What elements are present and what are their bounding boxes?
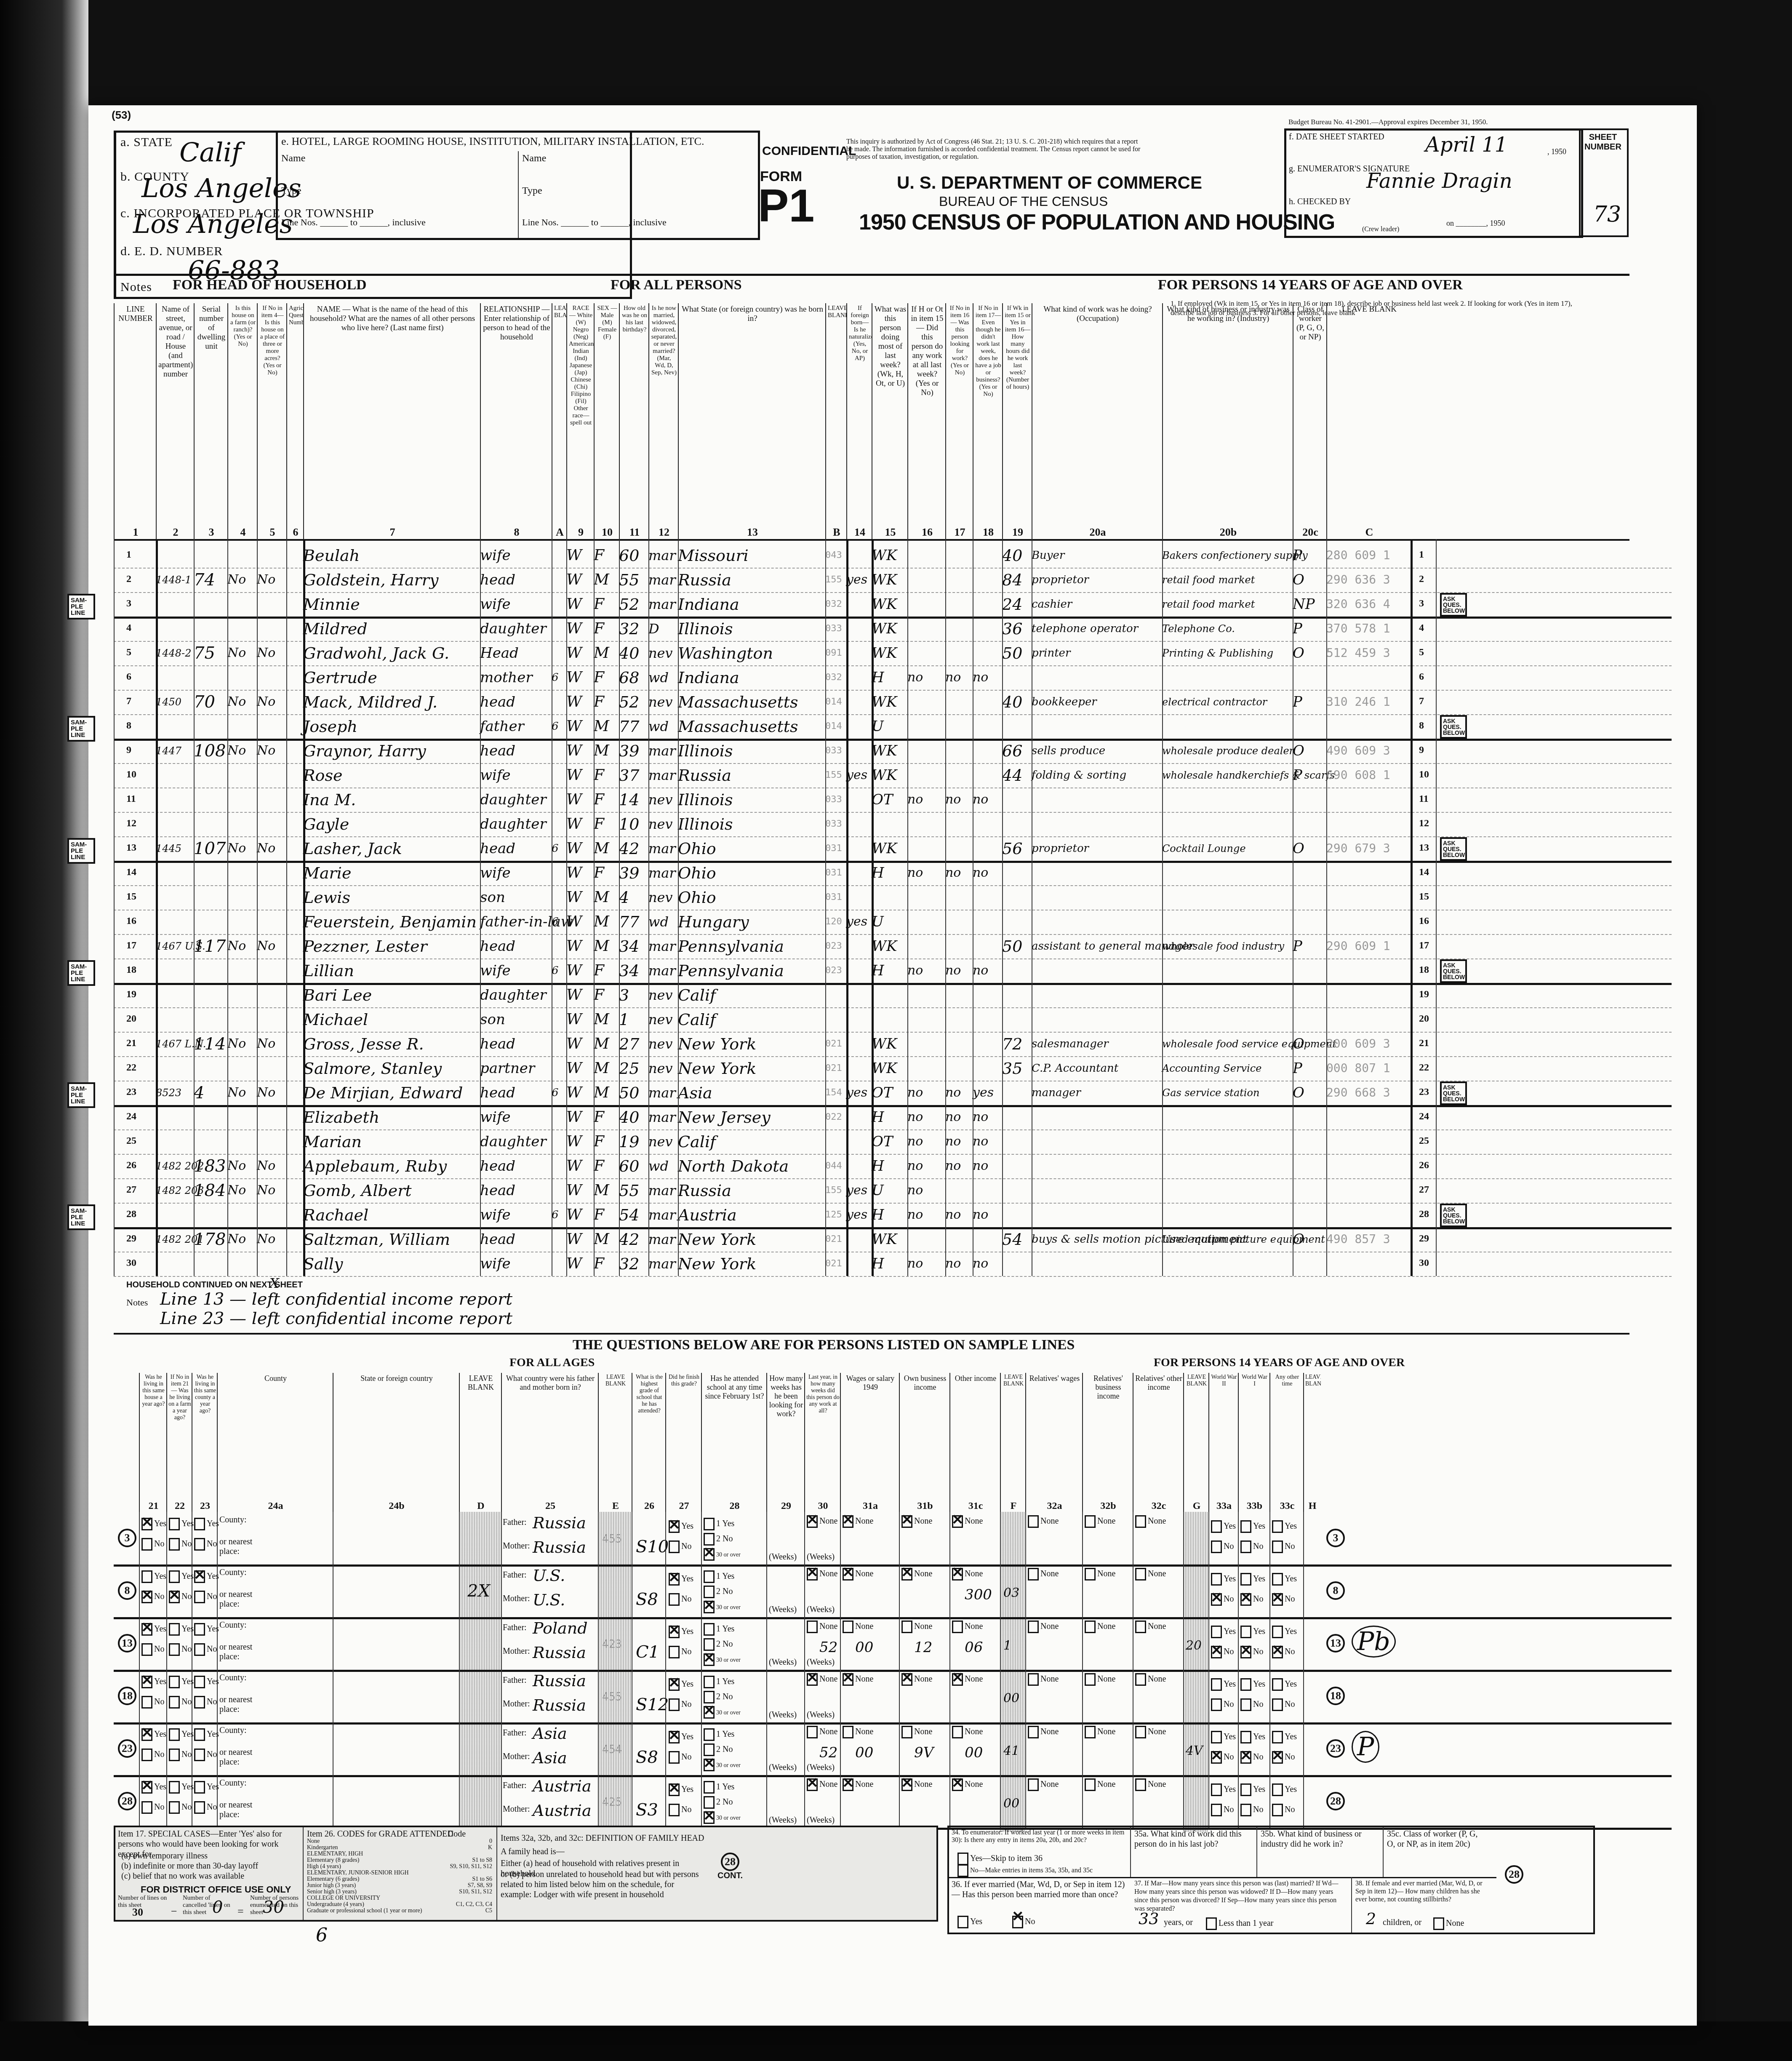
q22-farm-yes[interactable]: Yes xyxy=(169,1781,194,1794)
q31c-other-income[interactable]: None06 xyxy=(952,1621,983,1656)
q33c-other-service[interactable]: YesNo xyxy=(1272,1731,1297,1764)
q23-same-county[interactable]: YesNo xyxy=(194,1623,219,1656)
q33a-ww2-no-checkbox[interactable] xyxy=(1211,1593,1222,1606)
q23-same-county-yes[interactable]: Yes xyxy=(194,1781,219,1794)
q33a-ww2-no[interactable]: No xyxy=(1211,1751,1236,1764)
q31c-other-income[interactable]: None xyxy=(952,1515,983,1534)
q33b-ww1-no[interactable]: No xyxy=(1240,1804,1265,1816)
q22-farm-yes-checkbox[interactable] xyxy=(169,1518,180,1530)
q33b-ww1-no[interactable]: No xyxy=(1240,1646,1265,1658)
q23-same-county-no-checkbox[interactable] xyxy=(194,1696,205,1709)
q21-same-house-no-checkbox[interactable] xyxy=(141,1801,152,1814)
q23-same-county-no[interactable]: No xyxy=(194,1591,219,1603)
q30-weeks-worked[interactable]: None xyxy=(807,1515,837,1534)
q33b-ww1-no-checkbox[interactable] xyxy=(1240,1540,1251,1553)
q33b-ww1-yes-checkbox[interactable] xyxy=(1240,1573,1251,1586)
q22-farm-no[interactable]: No xyxy=(169,1696,194,1709)
q33b-ww1-yes-checkbox[interactable] xyxy=(1240,1783,1251,1796)
q33b-ww1[interactable]: YesNo xyxy=(1240,1678,1265,1711)
q28-30-or-over[interactable]: 30 or over xyxy=(704,1653,741,1666)
q31c-other-income-none[interactable]: None xyxy=(952,1778,983,1791)
q31c-other-income-none[interactable]: None xyxy=(952,1568,992,1580)
q21-same-house-yes-checkbox[interactable] xyxy=(141,1623,152,1636)
q30-weeks-worked-none-checkbox[interactable] xyxy=(807,1621,818,1633)
q32a-none-checkbox[interactable] xyxy=(1028,1515,1039,1528)
q28-option[interactable]: 2 No xyxy=(704,1796,741,1809)
q30-weeks-worked-none[interactable]: None xyxy=(807,1515,837,1528)
q28-option[interactable]: 1 Yes xyxy=(704,1728,741,1741)
q33c-other-service-no-checkbox[interactable] xyxy=(1272,1646,1283,1658)
q30-weeks-worked-none-checkbox[interactable] xyxy=(807,1778,818,1791)
q33b-ww1-no[interactable]: No xyxy=(1240,1698,1265,1711)
q23-same-county-no[interactable]: No xyxy=(194,1696,219,1709)
q31c-other-income[interactable]: None300 xyxy=(952,1568,992,1603)
q22-farm-no[interactable]: No xyxy=(169,1591,194,1603)
q28-30-or-over-checkbox[interactable] xyxy=(704,1548,715,1561)
q28-option[interactable]: 2 No xyxy=(704,1743,741,1756)
q23-same-county[interactable]: YesNo xyxy=(194,1781,219,1814)
q32a-none-checkbox[interactable] xyxy=(1028,1621,1039,1633)
q33c-other-service-yes-checkbox[interactable] xyxy=(1272,1573,1283,1586)
q31c-other-income-none-checkbox[interactable] xyxy=(952,1778,963,1791)
q31c-other-income-none-checkbox[interactable] xyxy=(952,1568,963,1580)
q32b-none-checkbox[interactable] xyxy=(1085,1726,1096,1738)
q31b-business-income-none[interactable]: None xyxy=(901,1778,932,1791)
q22-farm-no-checkbox[interactable] xyxy=(169,1749,180,1761)
q33c-other-service-no[interactable]: No xyxy=(1272,1540,1297,1553)
q27-finished-grade-yes-checkbox[interactable] xyxy=(669,1520,680,1533)
q21-same-house[interactable]: YesNo xyxy=(141,1518,166,1551)
q31c-other-income[interactable]: None00 xyxy=(952,1726,983,1761)
q32b-relatives-income[interactable]: None xyxy=(1085,1568,1115,1580)
q27-finished-grade-yes-checkbox[interactable] xyxy=(669,1783,680,1796)
q28-30-or-over[interactable]: 30 or over xyxy=(704,1759,741,1771)
q21-same-house[interactable]: YesNo xyxy=(141,1728,166,1761)
q30-weeks-worked[interactable]: None52 xyxy=(807,1621,837,1656)
q34-yes-checkbox[interactable] xyxy=(957,1853,968,1865)
q30-weeks-worked-none[interactable]: None xyxy=(807,1673,837,1686)
q31b-business-income-none[interactable]: None xyxy=(901,1515,932,1528)
q32c-relatives-income[interactable]: None xyxy=(1135,1568,1166,1580)
q32c-relatives-income[interactable]: None xyxy=(1135,1673,1166,1686)
q31b-business-income-none-checkbox[interactable] xyxy=(901,1726,912,1738)
q31b-business-income-none[interactable]: None xyxy=(901,1726,933,1738)
q33c-other-service[interactable]: YesNo xyxy=(1272,1626,1297,1658)
q31a-wages[interactable]: None00 xyxy=(843,1726,873,1761)
q21-same-house[interactable]: YesNo xyxy=(141,1781,166,1814)
q27-finished-grade-yes-checkbox[interactable] xyxy=(669,1626,680,1638)
q32a-none-checkbox[interactable] xyxy=(1028,1726,1039,1738)
q31a-wages-none-checkbox[interactable] xyxy=(843,1621,853,1633)
q27-finished-grade-no[interactable]: No xyxy=(669,1646,693,1658)
q27-finished-grade[interactable]: YesNo xyxy=(669,1520,693,1553)
q33b-ww1-no-checkbox[interactable] xyxy=(1240,1646,1251,1658)
q33b-ww1-yes[interactable]: Yes xyxy=(1240,1731,1265,1743)
q21-same-house-yes-checkbox[interactable] xyxy=(141,1518,152,1530)
q30-weeks-worked-none[interactable]: None xyxy=(807,1726,837,1738)
q33a-ww2[interactable]: YesNo xyxy=(1211,1678,1236,1711)
q23-same-county-yes[interactable]: Yes xyxy=(194,1676,219,1688)
q33c-other-service-no-checkbox[interactable] xyxy=(1272,1698,1283,1711)
q31b-business-income[interactable]: None12 xyxy=(901,1621,932,1656)
q31b-business-income[interactable]: None9V xyxy=(901,1726,933,1761)
q27-finished-grade[interactable]: YesNo xyxy=(669,1573,693,1606)
q33a-ww2-yes[interactable]: Yes xyxy=(1211,1573,1236,1586)
q32c-none-checkbox[interactable] xyxy=(1135,1673,1146,1686)
q22-farm[interactable]: YesNo xyxy=(169,1518,194,1551)
q30-weeks-worked-none-checkbox[interactable] xyxy=(807,1515,818,1528)
q33c-other-service-yes[interactable]: Yes xyxy=(1272,1520,1297,1533)
q33a-ww2-yes[interactable]: Yes xyxy=(1211,1626,1236,1638)
q28-option[interactable]: 1 Yes xyxy=(704,1623,741,1636)
q27-finished-grade-no[interactable]: No xyxy=(669,1540,693,1553)
q27-finished-grade-no-checkbox[interactable] xyxy=(669,1593,680,1606)
q27-finished-grade-no-checkbox[interactable] xyxy=(669,1698,680,1711)
q33b-ww1-yes-checkbox[interactable] xyxy=(1240,1626,1251,1638)
q23-same-county[interactable]: YesNo xyxy=(194,1570,219,1603)
q31a-wages-none[interactable]: None xyxy=(843,1568,873,1580)
q31c-other-income-none[interactable]: None xyxy=(952,1726,983,1738)
q30-weeks-worked-none[interactable]: None xyxy=(807,1778,837,1791)
q33c-other-service-no-checkbox[interactable] xyxy=(1272,1593,1283,1606)
q31b-business-income[interactable]: None xyxy=(901,1568,932,1586)
q31a-wages-none[interactable]: None xyxy=(843,1515,873,1528)
q22-farm-yes-checkbox[interactable] xyxy=(169,1781,180,1794)
q27-finished-grade-yes[interactable]: Yes xyxy=(669,1626,693,1638)
q28-option-checkbox[interactable] xyxy=(704,1570,715,1583)
q27-finished-grade-no[interactable]: No xyxy=(669,1751,693,1764)
q21-same-house-no[interactable]: No xyxy=(141,1749,166,1761)
q21-same-house-yes-checkbox[interactable] xyxy=(141,1676,152,1688)
q28-option-checkbox[interactable] xyxy=(704,1623,715,1636)
q28-option-checkbox[interactable] xyxy=(704,1743,715,1756)
q28-option-checkbox[interactable] xyxy=(704,1691,715,1703)
q31a-wages-none-checkbox[interactable] xyxy=(843,1778,853,1791)
q28-option-checkbox[interactable] xyxy=(704,1586,715,1598)
q28-option[interactable]: 1 Yes xyxy=(704,1781,741,1794)
q28-30-or-over-checkbox[interactable] xyxy=(704,1601,715,1613)
q22-farm[interactable]: YesNo xyxy=(169,1676,194,1709)
q33b-ww1-no[interactable]: No xyxy=(1240,1540,1265,1553)
q28-attended-school[interactable]: 1 Yes2 No30 or over xyxy=(704,1781,741,1824)
q33c-other-service-no-checkbox[interactable] xyxy=(1272,1751,1283,1764)
q33c-other-service-yes[interactable]: Yes xyxy=(1272,1678,1297,1691)
q28-30-or-over[interactable]: 30 or over xyxy=(704,1601,741,1613)
q31b-business-income-none-checkbox[interactable] xyxy=(901,1568,912,1580)
q28-option[interactable]: 1 Yes xyxy=(704,1570,741,1583)
q33a-ww2-no[interactable]: No xyxy=(1211,1540,1236,1553)
q27-finished-grade-no[interactable]: No xyxy=(669,1593,693,1606)
q36-yes[interactable]: Yes xyxy=(957,1916,982,1928)
q32c-relatives-income[interactable]: None xyxy=(1135,1778,1166,1791)
q33a-ww2-no[interactable]: No xyxy=(1211,1698,1236,1711)
q27-finished-grade-yes-checkbox[interactable] xyxy=(669,1573,680,1586)
q21-same-house-yes-checkbox[interactable] xyxy=(141,1781,152,1794)
q28-attended-school[interactable]: 1 Yes2 No30 or over xyxy=(704,1676,741,1719)
q23-same-county-no-checkbox[interactable] xyxy=(194,1749,205,1761)
q33b-ww1[interactable]: YesNo xyxy=(1240,1783,1265,1816)
q34-no[interactable]: No—Make entries in items 35a, 35b, and 3… xyxy=(957,1864,1093,1877)
q21-same-house-yes[interactable]: Yes xyxy=(141,1728,166,1741)
q33a-ww2-yes[interactable]: Yes xyxy=(1211,1678,1236,1691)
q36-no[interactable]: No xyxy=(1012,1916,1035,1928)
q23-same-county-yes[interactable]: Yes xyxy=(194,1623,219,1636)
q30-weeks-worked-none-checkbox[interactable] xyxy=(807,1673,818,1686)
q33c-other-service-yes-checkbox[interactable] xyxy=(1272,1678,1283,1691)
q21-same-house-no-checkbox[interactable] xyxy=(141,1696,152,1709)
q31b-business-income-none-checkbox[interactable] xyxy=(901,1515,912,1528)
q36-no-checkbox[interactable] xyxy=(1012,1916,1023,1928)
q32c-none-checkbox[interactable] xyxy=(1135,1621,1146,1633)
q31b-business-income-none-checkbox[interactable] xyxy=(901,1778,912,1791)
q32a-relatives-income[interactable]: None xyxy=(1028,1515,1059,1528)
q30-weeks-worked[interactable]: None xyxy=(807,1673,837,1692)
q33b-ww1[interactable]: YesNo xyxy=(1240,1731,1265,1764)
q33a-ww2-yes-checkbox[interactable] xyxy=(1211,1573,1222,1586)
q28-option[interactable]: 2 No xyxy=(704,1533,741,1546)
q33b-ww1[interactable]: YesNo xyxy=(1240,1573,1265,1606)
q31b-business-income[interactable]: None xyxy=(901,1673,932,1692)
q28-30-or-over[interactable]: 30 or over xyxy=(704,1811,741,1824)
q23-same-county-yes-checkbox[interactable] xyxy=(194,1518,205,1530)
q21-same-house-no-checkbox[interactable] xyxy=(141,1643,152,1656)
q30-weeks-worked[interactable]: None xyxy=(807,1778,837,1797)
q33c-other-service-yes-checkbox[interactable] xyxy=(1272,1783,1283,1796)
q27-finished-grade-yes[interactable]: Yes xyxy=(669,1731,693,1743)
q34-yes[interactable]: Yes—Skip to item 36 xyxy=(957,1853,1043,1865)
q22-farm-yes[interactable]: Yes xyxy=(169,1728,194,1741)
q33b-ww1-yes-checkbox[interactable] xyxy=(1240,1520,1251,1533)
q33c-other-service[interactable]: YesNo xyxy=(1272,1678,1297,1711)
q31a-wages[interactable]: None xyxy=(843,1515,873,1534)
q28-30-or-over[interactable]: 30 or over xyxy=(704,1548,741,1561)
q23-same-county[interactable]: YesNo xyxy=(194,1676,219,1709)
q28-30-or-over[interactable]: 30 or over xyxy=(704,1706,741,1719)
q28-option-checkbox[interactable] xyxy=(704,1638,715,1651)
q21-same-house-no-checkbox[interactable] xyxy=(141,1591,152,1603)
q27-finished-grade-yes-checkbox[interactable] xyxy=(669,1678,680,1691)
q27-finished-grade-no[interactable]: No xyxy=(669,1698,693,1711)
q32b-relatives-income[interactable]: None xyxy=(1085,1673,1115,1686)
q33b-ww1-no-checkbox[interactable] xyxy=(1240,1593,1251,1606)
q21-same-house-no[interactable]: No xyxy=(141,1538,166,1551)
q33a-ww2-no[interactable]: No xyxy=(1211,1593,1236,1606)
q30-weeks-worked-none[interactable]: None xyxy=(807,1568,837,1580)
q22-farm-yes[interactable]: Yes xyxy=(169,1570,194,1583)
q27-finished-grade[interactable]: YesNo xyxy=(669,1783,693,1816)
q31a-wages-none[interactable]: None xyxy=(843,1673,873,1686)
q32a-relatives-income[interactable]: None xyxy=(1028,1778,1059,1791)
q33c-other-service[interactable]: YesNo xyxy=(1272,1573,1297,1606)
q21-same-house-no[interactable]: No xyxy=(141,1801,166,1814)
q30-weeks-worked[interactable]: None52 xyxy=(807,1726,837,1761)
q22-farm-no[interactable]: No xyxy=(169,1749,194,1761)
q23-same-county[interactable]: YesNo xyxy=(194,1728,219,1761)
q21-same-house-no[interactable]: No xyxy=(141,1696,166,1709)
q28-attended-school[interactable]: 1 Yes2 No30 or over xyxy=(704,1728,741,1771)
q22-farm-yes[interactable]: Yes xyxy=(169,1623,194,1636)
q31c-other-income[interactable]: None xyxy=(952,1778,983,1797)
q33a-ww2[interactable]: YesNo xyxy=(1211,1573,1236,1606)
q27-finished-grade-yes[interactable]: Yes xyxy=(669,1783,693,1796)
q23-same-county-no[interactable]: No xyxy=(194,1749,219,1761)
q33a-ww2-yes-checkbox[interactable] xyxy=(1211,1626,1222,1638)
q33c-other-service-no[interactable]: No xyxy=(1272,1646,1297,1658)
q33c-other-service-yes-checkbox[interactable] xyxy=(1272,1626,1283,1638)
q31c-other-income-none-checkbox[interactable] xyxy=(952,1673,963,1686)
q33c-other-service-no-checkbox[interactable] xyxy=(1272,1540,1283,1553)
q31b-business-income-none-checkbox[interactable] xyxy=(901,1673,912,1686)
q22-farm-no-checkbox[interactable] xyxy=(169,1801,180,1814)
q33a-ww2-yes-checkbox[interactable] xyxy=(1211,1783,1222,1796)
q28-option[interactable]: 2 No xyxy=(704,1638,741,1651)
q32a-relatives-income[interactable]: None xyxy=(1028,1673,1059,1686)
q23-same-county-yes-checkbox[interactable] xyxy=(194,1676,205,1688)
q31a-wages-none[interactable]: None xyxy=(843,1621,873,1633)
q22-farm-yes[interactable]: Yes xyxy=(169,1676,194,1688)
q21-same-house-yes[interactable]: Yes xyxy=(141,1570,166,1583)
q28-30-or-over-checkbox[interactable] xyxy=(704,1706,715,1719)
q32a-relatives-income[interactable]: None xyxy=(1028,1568,1059,1580)
q33a-ww2-yes-checkbox[interactable] xyxy=(1211,1678,1222,1691)
q33a-ww2-no[interactable]: No xyxy=(1211,1804,1236,1816)
q31b-business-income-none[interactable]: None xyxy=(901,1673,932,1686)
q32a-none-checkbox[interactable] xyxy=(1028,1673,1039,1686)
q23-same-county-no[interactable]: No xyxy=(194,1538,219,1551)
q32a-relatives-income[interactable]: None xyxy=(1028,1621,1059,1633)
q30-weeks-worked[interactable]: None xyxy=(807,1568,837,1586)
q32b-relatives-income[interactable]: None xyxy=(1085,1726,1115,1738)
q28-option-checkbox[interactable] xyxy=(704,1518,715,1530)
q33c-other-service[interactable]: YesNo xyxy=(1272,1520,1297,1553)
q27-finished-grade-no-checkbox[interactable] xyxy=(669,1804,680,1816)
q32b-none-checkbox[interactable] xyxy=(1085,1673,1096,1686)
q31b-business-income-none[interactable]: None xyxy=(901,1568,932,1580)
q22-farm-yes-checkbox[interactable] xyxy=(169,1676,180,1688)
q23-same-county-no-checkbox[interactable] xyxy=(194,1538,205,1551)
q23-same-county-no-checkbox[interactable] xyxy=(194,1591,205,1603)
q31a-wages[interactable]: None xyxy=(843,1568,873,1586)
q33b-ww1-yes[interactable]: Yes xyxy=(1240,1783,1265,1796)
q28-option[interactable]: 2 No xyxy=(704,1586,741,1598)
q31c-other-income-none-checkbox[interactable] xyxy=(952,1621,963,1633)
q21-same-house-no[interactable]: No xyxy=(141,1591,166,1603)
q32b-none-checkbox[interactable] xyxy=(1085,1778,1096,1791)
q31a-wages[interactable]: None00 xyxy=(843,1621,873,1656)
q33c-other-service-yes[interactable]: Yes xyxy=(1272,1626,1297,1638)
q27-finished-grade-no-checkbox[interactable] xyxy=(669,1540,680,1553)
q33a-ww2-yes[interactable]: Yes xyxy=(1211,1520,1236,1533)
q23-same-county-yes[interactable]: Yes xyxy=(194,1518,219,1530)
q32b-none-checkbox[interactable] xyxy=(1085,1568,1096,1580)
q31c-other-income-none[interactable]: None xyxy=(952,1621,983,1633)
q23-same-county-yes[interactable]: Yes xyxy=(194,1570,219,1583)
q22-farm-yes-checkbox[interactable] xyxy=(169,1570,180,1583)
q31c-other-income-none-checkbox[interactable] xyxy=(952,1515,963,1528)
q27-finished-grade-yes[interactable]: Yes xyxy=(669,1678,693,1691)
q33c-other-service-no[interactable]: No xyxy=(1272,1698,1297,1711)
q27-finished-grade-no-checkbox[interactable] xyxy=(669,1751,680,1764)
q36-yes-checkbox[interactable] xyxy=(957,1916,968,1928)
q31b-business-income-none-checkbox[interactable] xyxy=(901,1621,912,1633)
q28-option-checkbox[interactable] xyxy=(704,1728,715,1741)
q33a-ww2-yes-checkbox[interactable] xyxy=(1211,1731,1222,1743)
q31a-wages[interactable]: None xyxy=(843,1778,873,1797)
q31a-wages-none-checkbox[interactable] xyxy=(843,1726,853,1738)
q21-same-house-yes[interactable]: Yes xyxy=(141,1518,166,1530)
q27-finished-grade[interactable]: YesNo xyxy=(669,1626,693,1658)
q21-same-house-no[interactable]: No xyxy=(141,1643,166,1656)
q27-finished-grade-no[interactable]: No xyxy=(669,1804,693,1816)
q28-option[interactable]: 1 Yes xyxy=(704,1518,741,1530)
q32c-relatives-income[interactable]: None xyxy=(1135,1726,1166,1738)
q33c-other-service[interactable]: YesNo xyxy=(1272,1783,1297,1816)
q31c-other-income-none-checkbox[interactable] xyxy=(952,1726,963,1738)
q21-same-house[interactable]: YesNo xyxy=(141,1676,166,1709)
q33b-ww1-no-checkbox[interactable] xyxy=(1240,1804,1251,1816)
q33b-ww1[interactable]: YesNo xyxy=(1240,1520,1265,1553)
q22-farm[interactable]: YesNo xyxy=(169,1781,194,1814)
q23-same-county-yes-checkbox[interactable] xyxy=(194,1781,205,1794)
q27-finished-grade[interactable]: YesNo xyxy=(669,1678,693,1711)
q31b-business-income[interactable]: None xyxy=(901,1778,932,1797)
q28-30-or-over-checkbox[interactable] xyxy=(704,1811,715,1824)
q27-finished-grade-no-checkbox[interactable] xyxy=(669,1646,680,1658)
q22-farm[interactable]: YesNo xyxy=(169,1623,194,1656)
q33a-ww2-yes[interactable]: Yes xyxy=(1211,1783,1236,1796)
q33b-ww1-yes-checkbox[interactable] xyxy=(1240,1678,1251,1691)
q31c-other-income[interactable]: None xyxy=(952,1673,983,1692)
q28-option-checkbox[interactable] xyxy=(704,1781,715,1794)
q30-weeks-worked-none-checkbox[interactable] xyxy=(807,1568,818,1580)
q33c-other-service-yes[interactable]: Yes xyxy=(1272,1783,1297,1796)
q33c-other-service-yes[interactable]: Yes xyxy=(1272,1731,1297,1743)
q33b-ww1-yes-checkbox[interactable] xyxy=(1240,1731,1251,1743)
q27-finished-grade-yes[interactable]: Yes xyxy=(669,1573,693,1586)
q27-finished-grade[interactable]: YesNo xyxy=(669,1731,693,1764)
q22-farm[interactable]: YesNo xyxy=(169,1570,194,1603)
q32a-relatives-income[interactable]: None xyxy=(1028,1726,1059,1738)
q22-farm-yes-checkbox[interactable] xyxy=(169,1623,180,1636)
q23-same-county-no-checkbox[interactable] xyxy=(194,1801,205,1814)
q33b-ww1-yes[interactable]: Yes xyxy=(1240,1573,1265,1586)
q33a-ww2-no[interactable]: No xyxy=(1211,1646,1236,1658)
q21-same-house-no-checkbox[interactable] xyxy=(141,1538,152,1551)
q28-attended-school[interactable]: 1 Yes2 No30 or over xyxy=(704,1570,741,1613)
q32c-none-checkbox[interactable] xyxy=(1135,1726,1146,1738)
q33a-ww2[interactable]: YesNo xyxy=(1211,1783,1236,1816)
q23-same-county-no-checkbox[interactable] xyxy=(194,1643,205,1656)
q32c-none-checkbox[interactable] xyxy=(1135,1778,1146,1791)
q28-option-checkbox[interactable] xyxy=(704,1796,715,1809)
q21-same-house-yes[interactable]: Yes xyxy=(141,1781,166,1794)
q22-farm-no-checkbox[interactable] xyxy=(169,1696,180,1709)
q31c-other-income-none[interactable]: None xyxy=(952,1515,983,1528)
q27-finished-grade-yes[interactable]: Yes xyxy=(669,1520,693,1533)
q33a-ww2-yes[interactable]: Yes xyxy=(1211,1731,1236,1743)
q28-option-checkbox[interactable] xyxy=(704,1676,715,1688)
q31a-wages-none[interactable]: None xyxy=(843,1726,873,1738)
q33a-ww2-no-checkbox[interactable] xyxy=(1211,1804,1222,1816)
q21-same-house-no-checkbox[interactable] xyxy=(141,1749,152,1761)
q21-same-house-yes[interactable]: Yes xyxy=(141,1623,166,1636)
q31a-wages-none-checkbox[interactable] xyxy=(843,1515,853,1528)
q21-same-house[interactable]: YesNo xyxy=(141,1570,166,1603)
q31a-wages-none-checkbox[interactable] xyxy=(843,1568,853,1580)
q32b-relatives-income[interactable]: None xyxy=(1085,1621,1115,1633)
q33b-ww1-no-checkbox[interactable] xyxy=(1240,1751,1251,1764)
q33a-ww2[interactable]: YesNo xyxy=(1211,1520,1236,1553)
